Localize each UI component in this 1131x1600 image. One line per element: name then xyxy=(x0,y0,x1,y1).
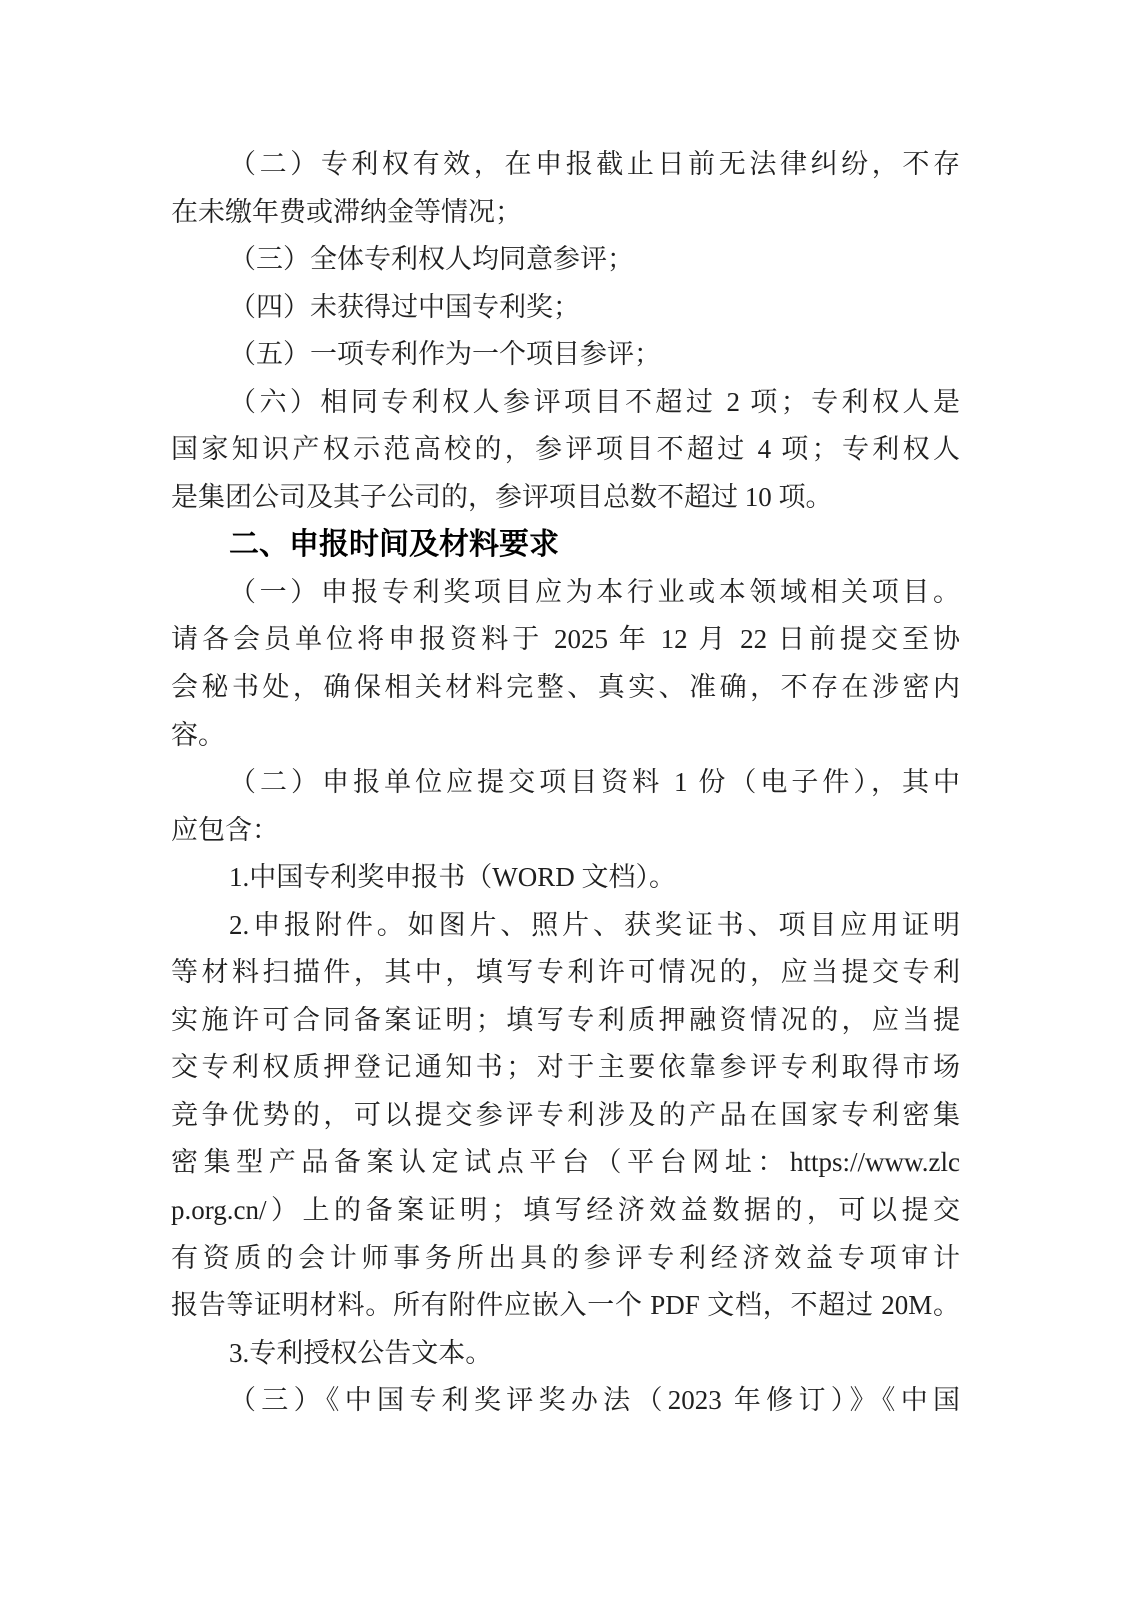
text-line: 容。 xyxy=(171,712,960,760)
text-line: 实施许可合同备案证明；填写专利质押融资情况的，应当提 xyxy=(171,997,960,1045)
text-line: 等材料扫描件，其中，填写专利许可情况的，应当提交专利 xyxy=(171,949,960,997)
text-line: 在未缴年费或滞纳金等情况； xyxy=(171,189,960,237)
text-line: 是集团公司及其子公司的，参评项目总数不超过 10 项。 xyxy=(171,474,960,522)
text-line: p.org.cn/）上的备案证明；填写经济效益数据的，可以提交 xyxy=(171,1187,960,1235)
text-line: 应包含： xyxy=(171,807,960,855)
text-line: 国家知识产权示范高校的，参评项目不超过 4 项；专利权人 xyxy=(171,426,960,474)
text-line: 密集型产品备案认定试点平台（平台网址：https://www.zlc xyxy=(171,1139,960,1187)
text-line: 竞争优势的，可以提交参评专利涉及的产品在国家专利密集 xyxy=(171,1092,960,1140)
text-line: 会秘书处，确保相关材料完整、真实、准确，不存在涉密内 xyxy=(171,664,960,712)
text-line: 有资质的会计师事务所出具的参评专利经济效益专项审计 xyxy=(171,1235,960,1283)
text-line: （三）《中国专利奖评奖办法（2023 年修订）》《中国 xyxy=(171,1377,960,1425)
text-line: 报告等证明材料。所有附件应嵌入一个 PDF 文档，不超过 20M。 xyxy=(171,1282,960,1330)
text-line: 3.专利授权公告文本。 xyxy=(171,1330,960,1378)
text-line: 请各会员单位将申报资料于 2025 年 12 月 22 日前提交至协 xyxy=(171,616,960,664)
document-page: （二）专利权有效，在申报截止日前无法律纠纷，不存 在未缴年费或滞纳金等情况； （… xyxy=(0,0,1131,1600)
text-line: 交专利权质押登记通知书；对于主要依靠参评专利取得市场 xyxy=(171,1044,960,1092)
text-line: 2.申报附件。如图片、照片、获奖证书、项目应用证明 xyxy=(171,902,960,950)
text-line: 1.中国专利奖申报书（WORD 文档）。 xyxy=(171,854,960,902)
text-line: （六）相同专利权人参评项目不超过 2 项；专利权人是 xyxy=(171,379,960,427)
document-text-block: （二）专利权有效，在申报截止日前无法律纠纷，不存 在未缴年费或滞纳金等情况； （… xyxy=(171,141,960,1425)
text-line: （二）专利权有效，在申报截止日前无法律纠纷，不存 xyxy=(171,141,960,189)
text-line: （四）未获得过中国专利奖； xyxy=(171,284,960,332)
text-line: （二）申报单位应提交项目资料 1 份（电子件），其中 xyxy=(171,759,960,807)
section-heading: 二、申报时间及材料要求 xyxy=(171,521,960,569)
text-line: （一）申报专利奖项目应为本行业或本领域相关项目。 xyxy=(171,569,960,617)
text-line: （三）全体专利权人均同意参评； xyxy=(171,236,960,284)
text-line: （五）一项专利作为一个项目参评； xyxy=(171,331,960,379)
